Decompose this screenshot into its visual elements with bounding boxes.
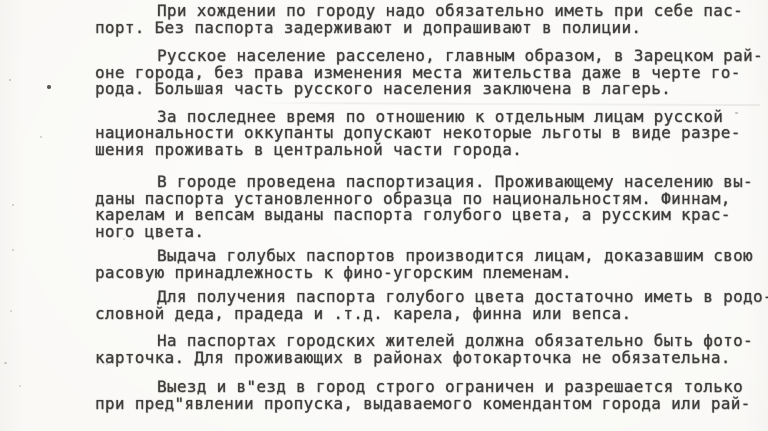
paragraph-photo-requirement: На паспортах городских жителей должна об… xyxy=(95,333,767,366)
document-text-block: При хождении по городу надо обязательно … xyxy=(95,0,767,412)
paragraph-russian-population: Русское население расселено, главным обр… xyxy=(95,48,767,98)
scan-speck xyxy=(12,204,14,206)
paragraph-city-entry-restrictions: Выезд и в"езд в город строго ограничен и… xyxy=(95,379,767,412)
scan-speck xyxy=(47,85,51,89)
scan-speck xyxy=(19,385,21,387)
scan-speck xyxy=(735,112,738,114)
paragraph-occupier-concessions: За последнее время по отношению к отдель… xyxy=(95,109,767,159)
paragraph-passport-requirement: При хождении по городу надо обязательно … xyxy=(95,3,767,36)
scan-speck xyxy=(40,136,42,138)
scan-speck xyxy=(9,79,11,81)
scan-speck xyxy=(10,310,12,312)
paragraph-passportization: В городе проведена паспортизация. Прожив… xyxy=(95,174,767,240)
scanned-document-page: При хождении по городу надо обязательно … xyxy=(0,0,768,431)
scan-speck xyxy=(12,249,14,251)
scan-speck xyxy=(106,363,108,365)
scan-speck xyxy=(123,238,125,240)
paragraph-ancestry-requirement: Для получения паспорта голубого цвета до… xyxy=(95,289,767,322)
scan-speck xyxy=(4,362,7,364)
paragraph-blue-passports: Выдача голубых паспортов производится ли… xyxy=(95,248,767,281)
